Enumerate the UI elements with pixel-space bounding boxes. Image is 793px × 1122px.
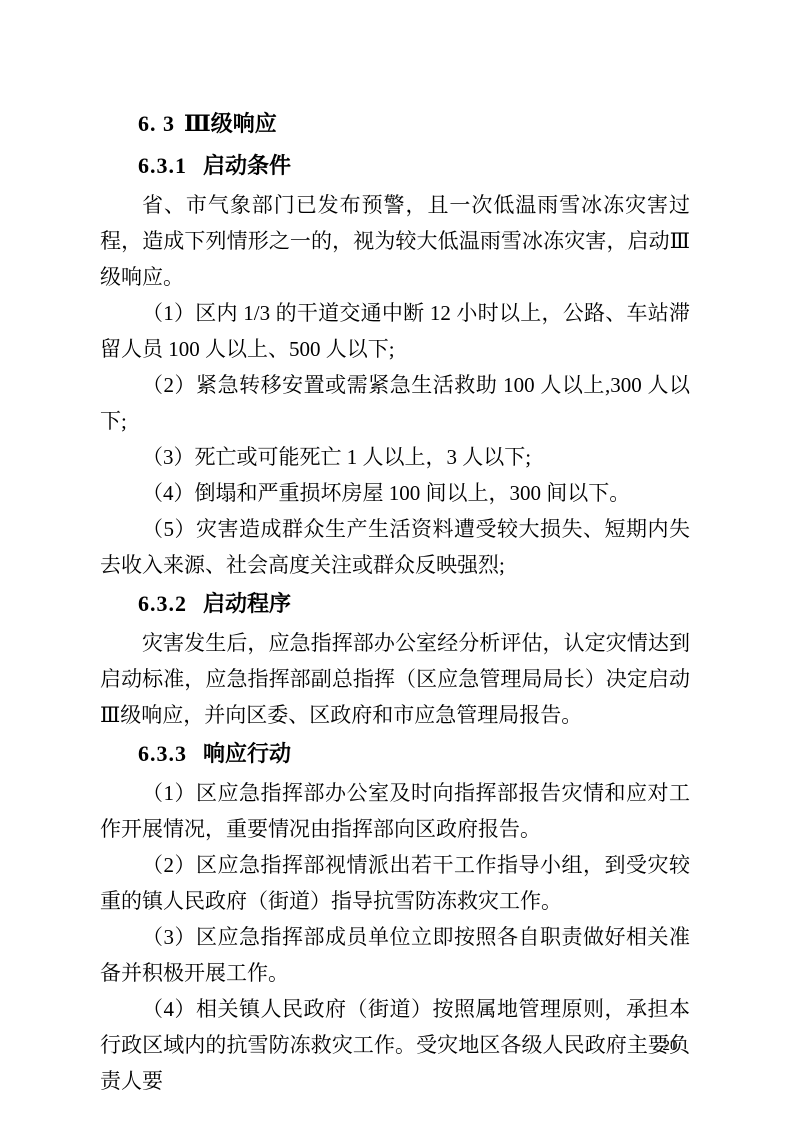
paragraph-action-1: （1）区应急指挥部办公室及时向指挥部报告灾情和应对工作开展情况，重要情况由指挥部… bbox=[100, 775, 690, 847]
paragraph-action-3: （3）区应急指挥部成员单位立即按照各自职责做好相关准备并积极开展工作。 bbox=[100, 919, 690, 991]
heading-6-3-3: 6.3.3响应行动 bbox=[100, 733, 690, 775]
heading-6-3-number: 6. 3 bbox=[138, 111, 175, 136]
paragraph-action-4: （4）相关镇人民政府（街道）按照属地管理原则，承担本行政区域内的抗雪防冻救灾工作… bbox=[100, 991, 690, 1099]
document-page: 6. 3Ⅲ级响应 6.3.1启动条件 省、市气象部门已发布预警，且一次低温雨雪冰… bbox=[0, 0, 793, 1122]
paragraph-condition-3: （3）死亡或可能死亡 1 人以上，3 人以下; bbox=[100, 439, 690, 475]
paragraph-condition-2: （2）紧急转移安置或需紧急生活救助 100 人以上,300 人以下; bbox=[100, 367, 690, 439]
paragraph-startup-procedure: 灾害发生后，应急指挥部办公室经分析评估，认定灾情达到启动标准，应急指挥部副总指挥… bbox=[100, 625, 690, 733]
page-number: 20 bbox=[655, 1036, 685, 1056]
heading-6-3-3-number: 6.3.3 bbox=[138, 741, 187, 766]
paragraph-intro-conditions: 省、市气象部门已发布预警，且一次低温雨雪冰冻灾害过程，造成下列情形之一的，视为较… bbox=[100, 187, 690, 295]
heading-6-3-1-title: 启动条件 bbox=[203, 153, 291, 178]
heading-6-3-2-number: 6.3.2 bbox=[138, 591, 187, 616]
paragraph-condition-4: （4）倒塌和严重损坏房屋 100 间以上，300 间以下。 bbox=[100, 475, 690, 511]
paragraph-action-2: （2）区应急指挥部视情派出若干工作指导小组，到受灾较重的镇人民政府（街道）指导抗… bbox=[100, 847, 690, 919]
heading-6-3-title: Ⅲ级响应 bbox=[184, 111, 277, 136]
heading-6-3-1: 6.3.1启动条件 bbox=[100, 145, 690, 187]
document-body: 6. 3Ⅲ级响应 6.3.1启动条件 省、市气象部门已发布预警，且一次低温雨雪冰… bbox=[100, 103, 690, 1099]
heading-6-3: 6. 3Ⅲ级响应 bbox=[100, 103, 690, 145]
paragraph-condition-1: （1）区内 1/3 的干道交通中断 12 小时以上，公路、车站滞留人员 100 … bbox=[100, 295, 690, 367]
heading-6-3-1-number: 6.3.1 bbox=[138, 153, 187, 178]
heading-6-3-2-title: 启动程序 bbox=[203, 591, 291, 616]
paragraph-condition-5: （5）灾害造成群众生产生活资料遭受较大损失、短期内失去收入来源、社会高度关注或群… bbox=[100, 511, 690, 583]
heading-6-3-2: 6.3.2启动程序 bbox=[100, 583, 690, 625]
heading-6-3-3-title: 响应行动 bbox=[203, 741, 291, 766]
